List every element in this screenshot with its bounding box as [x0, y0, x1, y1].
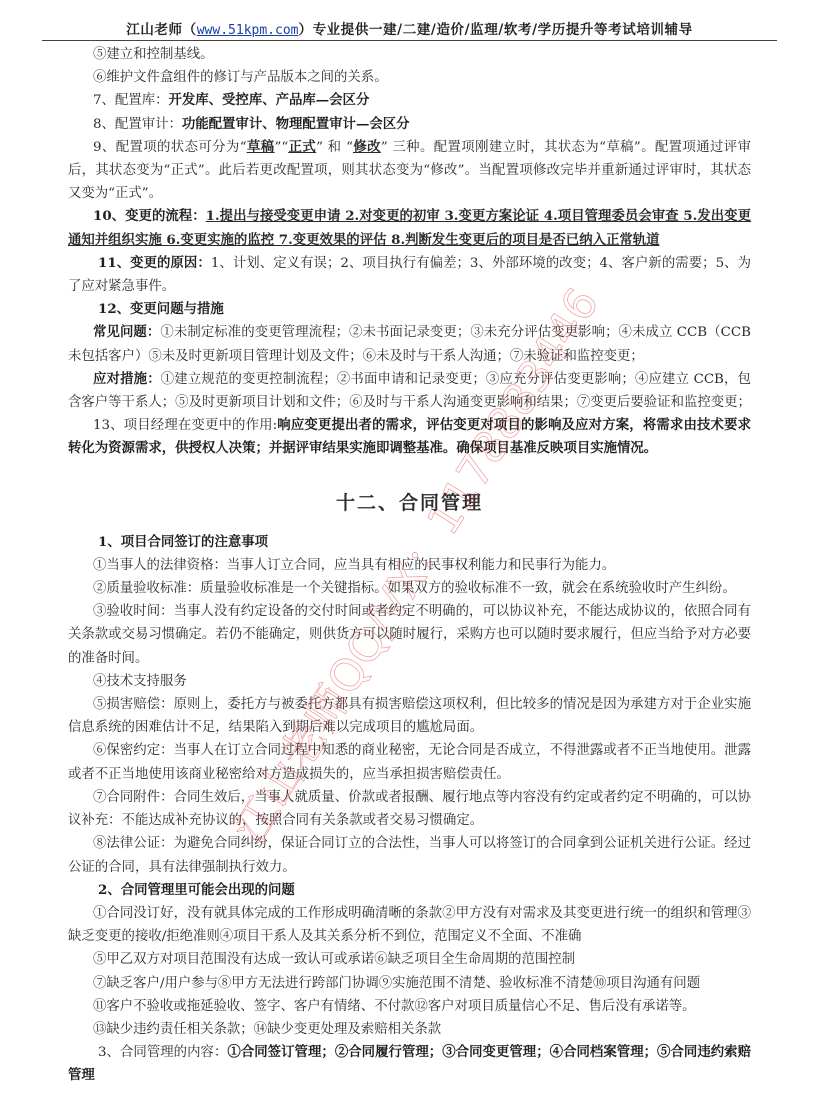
s1-item: ③验收时间：当事人没有约定设备的交付时间或者约定不明确的，可以协议补充，不能达成…: [68, 600, 751, 670]
s2-item: ①合同没订好，没有就具体完成的工作形成明确清晰的条款②甲方没有对需求及其变更进行…: [68, 902, 751, 948]
header-divider: [42, 40, 777, 41]
document-body: ⑤建立和控制基线。 ⑥维护文件盒组件的修订与产品版本之间的关系。 7、配置库：开…: [68, 43, 751, 1088]
paragraph-7: 7、配置库：开发库、受控库、产品库—会区分: [68, 89, 751, 112]
subsection-3-contract-content: 3、合同管理的内容：①合同签订管理；②合同履行管理；③合同变更管理；④合同档案管…: [68, 1041, 751, 1087]
s2-item: ⑪客户不验收或拖延验收、签字、客户有情绪、不付款⑫客户对项目质量信心不足、售后没…: [68, 995, 751, 1018]
common-problems: 常见问题：①未制定标准的变更管理流程；②未书面记录变更；③未充分评估变更影响；④…: [68, 321, 751, 367]
s2-item: ⑦缺乏客户/用户参与⑧甲方无法进行跨部门协调⑨实施范围不清楚、验收标准不清楚⑩项…: [68, 972, 751, 995]
paragraph-9: 9、配置项的状态可分为“草稿”“正式” 和 “修改” 三种。配置项刚建立时，其状…: [68, 136, 751, 206]
subsection-2-title: 2、合同管理里可能会出现的问题: [68, 879, 751, 902]
subsection-1-title: 1、项目合同签订的注意事项: [68, 531, 751, 554]
header-suffix: ）专业提供一建/二建/造价/监理/软考/学历提升等考试培训辅导: [298, 22, 692, 38]
s1-item: ④技术支持服务: [68, 670, 751, 693]
s2-item: ⑤甲乙双方对项目范围没有达成一致认可或承诺⑥缺乏项目全生命周期的范围控制: [68, 948, 751, 971]
s1-item: ①当事人的法律资格：当事人订立合同，应当具有相应的民事权利能力和民事行为能力。: [68, 554, 751, 577]
paragraph-13-pm-role: 13、项目经理在变更中的作用:响应变更提出者的需求，评估变更对项目的影响及应对方…: [68, 414, 751, 460]
s1-item: ②质量验收标准：质量验收标准是一个关键指标。如果双方的验收标准不一致，就会在系统…: [68, 577, 751, 600]
s1-item: ⑤损害赔偿：原则上，委托方与被委托方都具有损害赔偿这项权利，但比较多的情况是因为…: [68, 693, 751, 739]
config-item-5: ⑤建立和控制基线。: [68, 43, 751, 66]
countermeasures: 应对措施：①建立规范的变更控制流程；②书面申请和记录变更；③应充分评估变更影响；…: [68, 368, 751, 414]
paragraph-12-title: 12、变更问题与措施: [68, 298, 751, 321]
paragraph-10-change-flow: 10、变更的流程：1.提出与接受变更申请 2.对变更的初审 3.变更方案论证 4…: [68, 205, 751, 251]
config-item-6: ⑥维护文件盒组件的修订与产品版本之间的关系。: [68, 66, 751, 89]
paragraph-11-change-causes: 11、变更的原因：1、计划、定义有误；2、项目执行有偏差；3、外部环境的改变；4…: [68, 252, 751, 298]
s1-item: ⑦合同附件：合同生效后，当事人就质量、价款或者报酬、履行地点等内容没有约定或者约…: [68, 786, 751, 832]
s1-item: ⑧法律公证：为避免合同纠纷，保证合同订立的合法性，当事人可以将签订的合同拿到公证…: [68, 832, 751, 878]
s2-item: ⑬缺少违约责任相关条款；⑭缺少变更处理及索赔相关条款: [68, 1018, 751, 1041]
header-prefix: 江山老师（: [126, 22, 197, 38]
section-title: 十二、合同管理: [68, 489, 751, 517]
paragraph-8: 8、配置审计：功能配置审计、物理配置审计—会区分: [68, 113, 751, 136]
page-header: 江山老师（www.51kpm.com）专业提供一建/二建/造价/监理/软考/学历…: [42, 18, 777, 38]
header-link[interactable]: www.51kpm.com: [197, 23, 299, 38]
s1-item: ⑥保密约定：当事人在订立合同过程中知悉的商业秘密，无论合同是否成立，不得泄露或者…: [68, 739, 751, 785]
